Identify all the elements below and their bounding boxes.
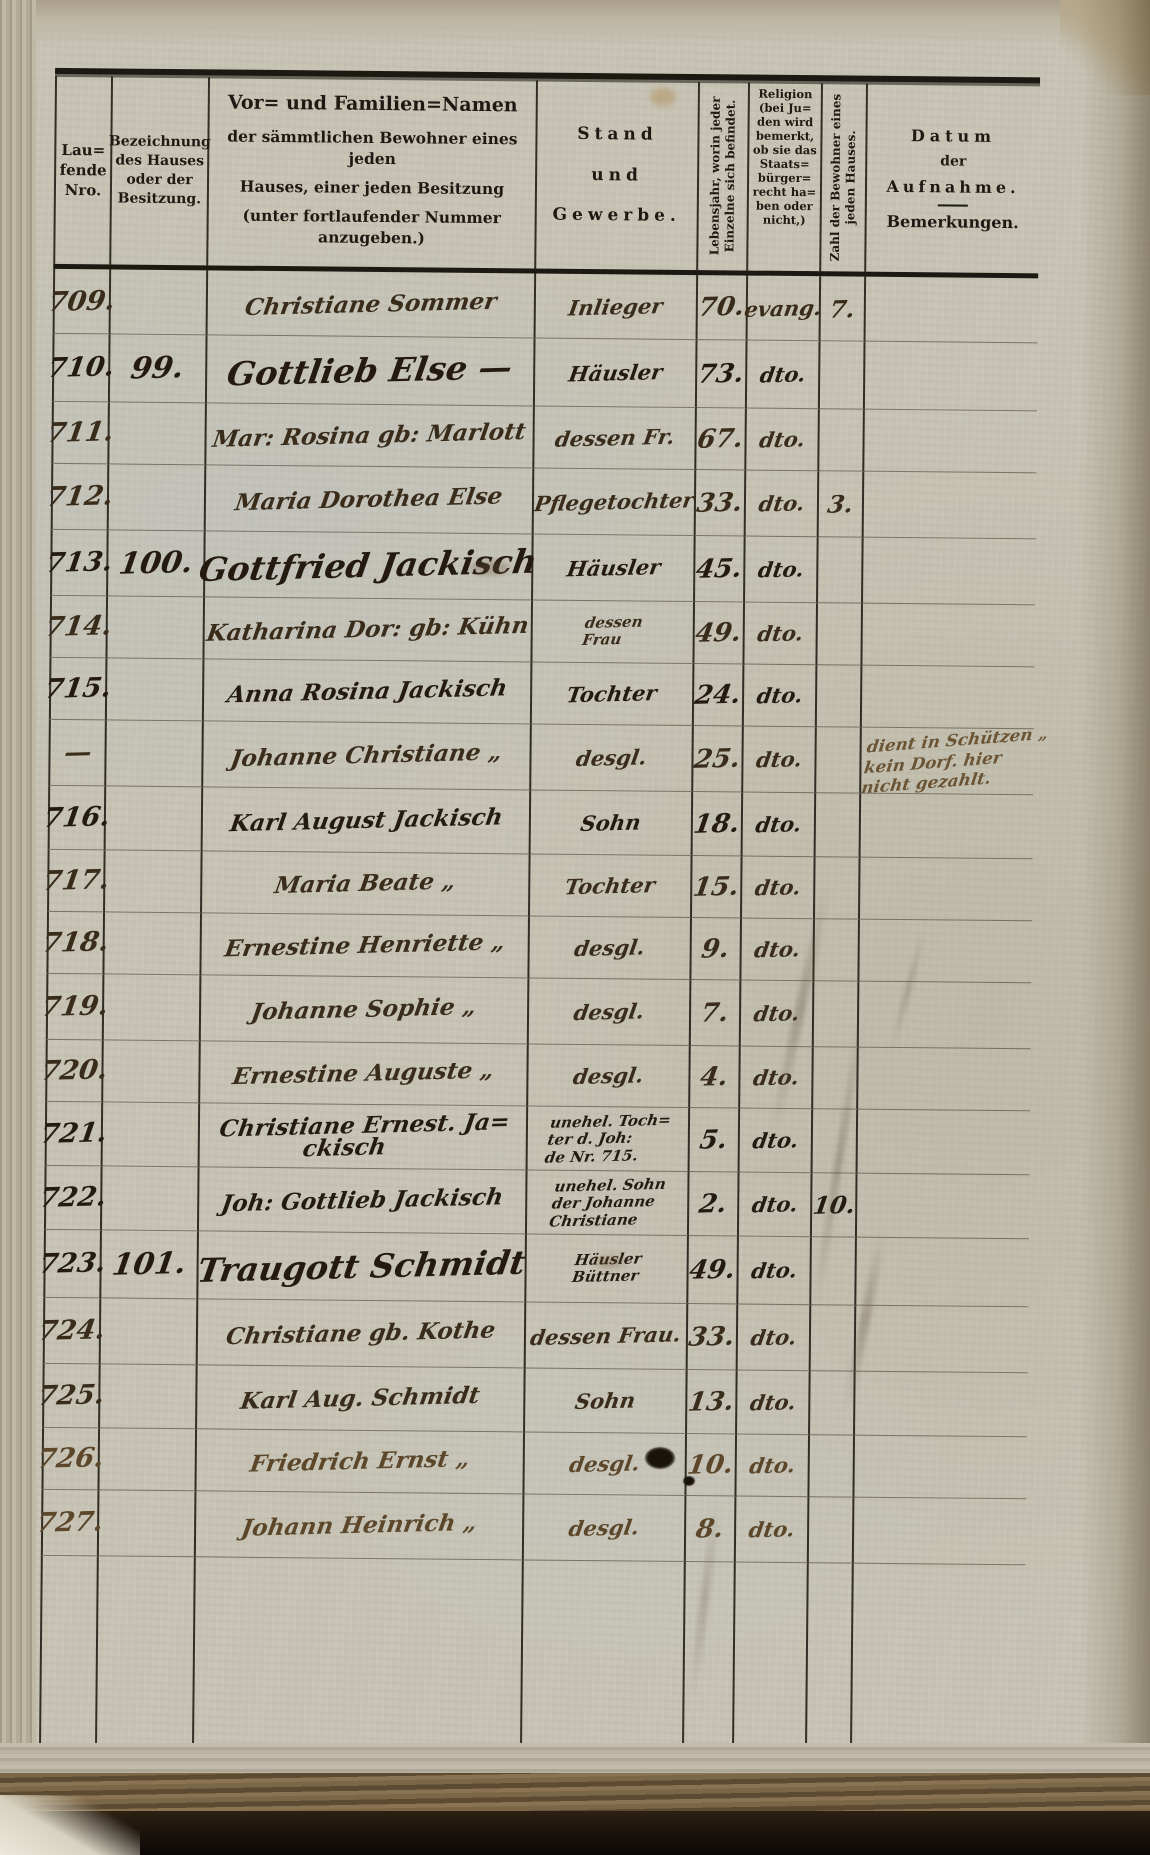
book-bottom-edge <box>0 1773 1150 1815</box>
inhabitant-count <box>820 341 866 409</box>
resident-name: Friedrich Ernst „ <box>196 1429 525 1494</box>
age-value: 5. <box>690 1108 741 1172</box>
age-value: 18. <box>693 792 744 856</box>
row-number: 710. <box>52 334 111 403</box>
table-row: 713. 100. Gottfried Jackisch Häusler 45.… <box>50 530 1036 605</box>
house-number <box>99 1428 197 1491</box>
house-number <box>101 1298 199 1365</box>
age-value: 13. <box>687 1370 738 1434</box>
row-number: 709. <box>53 269 112 335</box>
resident-name: Katharina Dor: gb: Kühn <box>204 597 533 662</box>
house-number <box>106 786 204 851</box>
occupation: Häusler <box>533 535 696 603</box>
house-number <box>104 912 202 975</box>
table-row: 724. Christiane gb. Kothe dessen Frau. 3… <box>43 1298 1029 1373</box>
religion-value: dto. <box>736 1496 810 1563</box>
resident-name: Johanne Sophie „ <box>201 975 530 1044</box>
house-number: 100. <box>108 530 206 597</box>
remark-note <box>864 472 1037 540</box>
resident-name: Maria Dorothea Else <box>206 465 535 534</box>
row-number: 725. <box>42 1364 101 1429</box>
inhabitant-count <box>814 981 860 1047</box>
inhabitant-count: 3. <box>819 471 865 537</box>
table-row: 727. Johann Heinrich „ desgl. 8. dto. <box>41 1490 1027 1565</box>
age-value: 25. <box>693 726 744 792</box>
row-number: — <box>48 720 107 787</box>
remark-note <box>861 794 1034 860</box>
header-house-designation: Bezeichnung des Hauses oder der Besitzun… <box>111 76 210 265</box>
occupation: Tochter <box>532 662 695 726</box>
table-row: 722. Joh: Gottlieb Jackisch unehel. Sohn… <box>44 1166 1030 1239</box>
row-number: 718. <box>46 912 105 975</box>
table-row: 715. Anna Rosina Jackisch Tochter 24. dt… <box>49 658 1035 729</box>
religion-value: dto. <box>746 409 820 472</box>
row-number: 727. <box>41 1490 100 1557</box>
house-number <box>111 269 209 335</box>
resident-name: Gottlieb Else — <box>207 335 536 406</box>
age-value: 7. <box>691 980 742 1046</box>
religion-value: dto. <box>745 537 819 604</box>
table-row: 710. 99. Gottlieb Else — Häusler 73. dto… <box>52 334 1038 411</box>
house-number <box>104 974 202 1041</box>
house-number <box>107 658 205 721</box>
remark-note <box>862 604 1035 668</box>
age-value: 24. <box>694 664 745 726</box>
remark-note <box>866 277 1039 344</box>
paper-stain <box>470 560 510 576</box>
occupation: desgl. <box>524 1494 687 1562</box>
table-row: 721. Christiane Ernest. Ja=ckisch unehel… <box>45 1102 1031 1175</box>
religion-value: dto. <box>738 1305 812 1372</box>
age-value: 33. <box>688 1304 739 1370</box>
remark-note <box>854 1498 1027 1566</box>
house-number <box>103 1102 201 1167</box>
occupation: Tochter <box>530 854 693 918</box>
religion-value: dto. <box>736 1434 810 1497</box>
remark-note <box>858 1110 1031 1176</box>
occupation: Häusler <box>535 339 698 409</box>
religion-value: dto. <box>744 665 818 728</box>
header-bewohner-zahl: Zahl der Bewohner eines jeden Hauses. <box>821 83 868 271</box>
remark-note: dient in Schützen „kein Dorf. hiernicht … <box>861 728 1034 796</box>
house-number <box>106 720 204 787</box>
census-table: Lau= fende Nro. Bezeichnung des Hauses o… <box>39 68 1040 1761</box>
age-value: 15. <box>692 856 743 918</box>
remark-note <box>864 410 1037 474</box>
age-value: 33. <box>696 470 747 536</box>
resident-name: Johann Heinrich „ <box>196 1491 525 1560</box>
remark-note <box>860 858 1033 922</box>
occupation: desgl. <box>528 1044 691 1108</box>
age-value: 67. <box>696 408 747 470</box>
occupation: dessenFrau <box>532 600 695 664</box>
occupation: unehel. Sohnder JohanneChristiane <box>527 1170 690 1236</box>
age-value: 10. <box>686 1434 737 1496</box>
row-number: 713. <box>50 530 109 597</box>
table-header: Lau= fende Nro. Bezeichnung des Hauses o… <box>53 76 1040 278</box>
inhabitant-count <box>809 1435 855 1497</box>
resident-name: Joh: Gottlieb Jackisch <box>199 1167 528 1234</box>
remark-note <box>863 538 1036 606</box>
occupation: HäuslerBüttner <box>526 1234 689 1304</box>
paper-stain <box>650 88 676 106</box>
inhabitant-count <box>811 1305 857 1371</box>
remark-note <box>859 982 1032 1050</box>
table-row: 714. Katharina Dor: gb: Kühn dessenFrau … <box>49 596 1035 667</box>
remark-note <box>858 1048 1031 1112</box>
resident-name: Maria Beate „ <box>202 851 531 916</box>
header-dash: — <box>938 204 968 206</box>
row-number: 714. <box>49 596 108 659</box>
house-number: 101. <box>101 1230 199 1299</box>
resident-name: Christiane gb. Kothe <box>198 1299 527 1368</box>
inhabitant-count <box>817 665 863 727</box>
remark-note <box>862 666 1035 730</box>
row-number: 724. <box>43 1298 102 1365</box>
row-number: 716. <box>48 786 107 851</box>
table-row: 725. Karl Aug. Schmidt Sohn 13. dto. <box>42 1364 1028 1437</box>
row-number: 723. <box>43 1230 102 1299</box>
religion-value: dto. <box>746 471 820 538</box>
remark-note <box>856 1306 1029 1374</box>
occupation: desgl. <box>531 724 694 792</box>
book-binding-edge <box>0 0 36 1855</box>
occupation: desgl. <box>529 916 692 980</box>
occupation: Sohn <box>531 790 694 856</box>
row-number: 711. <box>51 402 110 465</box>
age-value: 4. <box>690 1046 741 1108</box>
age-value: 2. <box>689 1172 740 1236</box>
remark-note <box>865 342 1038 412</box>
age-value: 49. <box>688 1236 739 1304</box>
resident-name: Anna Rosina Jackisch <box>204 659 533 724</box>
resident-name: Christiane Ernest. Ja=ckisch <box>200 1103 529 1170</box>
age-value: 9. <box>691 918 742 980</box>
occupation: desgl. <box>529 978 692 1046</box>
resident-name: Johanne Christiane „ <box>203 721 532 790</box>
religion-value: dto. <box>742 857 816 920</box>
page-top-edge <box>0 0 1150 46</box>
row-number: 726. <box>41 1428 100 1491</box>
table-row: 716. Karl August Jackisch Sohn 18. dto. <box>48 786 1034 859</box>
ink-blot <box>683 1476 695 1486</box>
inhabitant-count: 7. <box>821 276 867 341</box>
resident-name: Ernestine Auguste „ <box>200 1041 529 1106</box>
header-names: Vor= und Familien=Namen der sämmtlichen … <box>208 77 538 268</box>
header-stand-gewerbe: Stand und Gewerbe. <box>536 81 700 271</box>
religion-value: dto. <box>739 1173 813 1238</box>
occupation: Inlieger <box>536 274 699 341</box>
occupation: Sohn <box>525 1368 688 1434</box>
resident-name: Ernestine Henriette „ <box>201 913 530 978</box>
religion-value: dto. <box>738 1237 812 1306</box>
ink-blot <box>645 1447 675 1469</box>
row-number: 722. <box>44 1166 103 1231</box>
paper-stain <box>595 1255 625 1269</box>
occupation: unehel. Toch=ter d. Joh:de Nr. 715. <box>528 1106 691 1172</box>
inhabitant-count <box>809 1497 855 1563</box>
page-right-edge <box>1080 0 1150 1855</box>
resident-name: Traugott Schmidt <box>198 1231 527 1302</box>
table-row: — Johanne Christiane „ desgl. 25. dto. d… <box>48 720 1034 795</box>
age-value: 45. <box>695 536 746 602</box>
age-value: 73. <box>697 340 748 408</box>
house-number <box>103 1040 201 1103</box>
table-row: 712. Maria Dorothea Else Pflegetochter 3… <box>51 464 1037 539</box>
occupation: dessen Frau. <box>526 1302 689 1370</box>
inhabitant-count <box>819 409 865 471</box>
house-number <box>109 402 207 465</box>
resident-name: Karl August Jackisch <box>203 787 532 854</box>
occupation: dessen Fr. <box>534 407 697 471</box>
religion-value: dto. <box>747 341 821 410</box>
age-value: 49. <box>694 602 745 664</box>
house-number <box>99 1490 197 1557</box>
table-row: 717. Maria Beate „ Tochter 15. dto. <box>47 850 1033 921</box>
resident-name: Christiane Sommer <box>208 270 537 338</box>
house-number <box>105 850 203 913</box>
house-number: 99. <box>110 334 208 403</box>
remark-note <box>854 1436 1027 1500</box>
book-bottom-shadow <box>0 1811 1150 1855</box>
row-number: 720. <box>45 1040 104 1103</box>
table-row: 709. Christiane Sommer Inlieger 70. evan… <box>53 269 1039 343</box>
house-number <box>102 1166 200 1231</box>
row-number: 715. <box>49 658 108 721</box>
house-number <box>100 1364 198 1429</box>
religion-value: evang. <box>748 276 822 342</box>
inhabitant-count <box>817 603 863 665</box>
house-number <box>107 596 205 659</box>
religion-value: dto. <box>744 603 818 666</box>
row-number: 717. <box>47 850 106 913</box>
religion-value: dto. <box>737 1370 811 1435</box>
inhabitant-count <box>816 727 862 793</box>
table-row: 726. Friedrich Ernst „ desgl. 10. dto. <box>41 1428 1027 1499</box>
remark-note <box>855 1372 1028 1438</box>
religion-value: dto. <box>743 727 817 794</box>
row-number: 719. <box>46 974 105 1041</box>
remark-note <box>859 920 1032 984</box>
header-religion: Religion (bei Ju= den wird bemerkt, ob s… <box>748 83 823 272</box>
religion-value: dto. <box>743 793 817 858</box>
register-page: Lau= fende Nro. Bezeichnung des Hauses o… <box>0 0 1150 1855</box>
row-number: 721. <box>45 1102 104 1167</box>
house-number <box>109 464 207 531</box>
empty-ruled-area <box>39 1556 1026 1761</box>
inhabitant-count <box>816 793 862 857</box>
resident-name: Karl Aug. Schmidt <box>197 1365 526 1432</box>
table-row: 720. Ernestine Auguste „ desgl. 4. dto. <box>45 1040 1031 1111</box>
header-laufende-nro: Lau= fende Nro. <box>53 76 113 265</box>
table-row: 719. Johanne Sophie „ desgl. 7. dto. <box>46 974 1032 1049</box>
table-row: 718. Ernestine Henriette „ desgl. 9. dto… <box>46 912 1032 983</box>
row-number: 712. <box>51 464 110 531</box>
header-lebensjahr: Lebensjahr, worin jeder Einzelne sich be… <box>698 82 750 270</box>
page-stack-edge <box>0 1743 1150 1777</box>
age-value: 70. <box>698 275 749 340</box>
under-page-corner <box>0 1795 140 1855</box>
table-row: 711. Mar: Rosina gb: Marlott dessen Fr. … <box>51 402 1037 473</box>
header-datum-bemerkungen: Datum der Aufnahme. — Bemerkungen. <box>866 84 1040 274</box>
occupation: Pflegetochter <box>534 469 697 537</box>
resident-name: Mar: Rosina gb: Marlott <box>206 403 535 468</box>
remark-note <box>857 1174 1030 1240</box>
inhabitant-count <box>818 537 864 603</box>
table-body: 709. Christiane Sommer Inlieger 70. evan… <box>41 269 1038 1565</box>
